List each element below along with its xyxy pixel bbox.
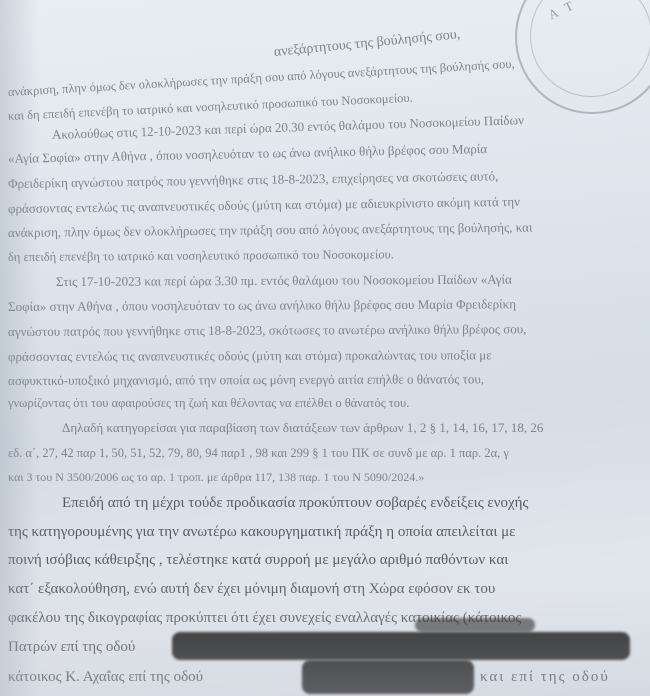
redaction-mark bbox=[415, 618, 535, 632]
text-line: ανάκριση, πλην όμως δεν ολοκλήρωσες την … bbox=[8, 221, 533, 239]
text-line: και 3 του Ν 3500/2006 ως το αρ. 1 τροπ. … bbox=[8, 471, 424, 483]
text-line: ασφυκτικό-υποξικό μηχανισμό, από την οπο… bbox=[8, 372, 484, 387]
text-line: ανεξάρτητους της βούλησής σου, bbox=[273, 28, 461, 60]
text-line: αγνώστου πατρός που γεννήθηκε στις 18-8-… bbox=[8, 322, 527, 338]
text-line: φράσσοντας εντελώς τις αναπνευστικές οδο… bbox=[8, 348, 492, 363]
text-line: «Αγία Σοφία» στην Αθήνα , όπου νοσηλευότ… bbox=[8, 142, 487, 165]
text-line: της κατηγορουμένης για την ανωτέρω κακου… bbox=[8, 525, 515, 540]
text-line: Φρειδερίκη αγνώστου πατρός που γεννήθηκε… bbox=[8, 169, 498, 190]
text-line: ποινή ισόβιας κάθειρξης , τελέστηκε κατά… bbox=[8, 553, 508, 568]
text-line: και επί της οδού bbox=[480, 670, 610, 685]
redaction-mark bbox=[172, 632, 630, 660]
text-line: ανάκριση, πλην όμως δεν ολοκλήρωσες την … bbox=[8, 58, 515, 99]
paragraph-start: Επειδή από τη μέχρι τούδε προδικασία προ… bbox=[62, 496, 528, 511]
text-line: φράσσοντας εντελώς τις αναπνευστικές οδο… bbox=[8, 195, 520, 215]
text-line: Σοφία» στην Αθήνα , όπου νοσηλευόταν το … bbox=[8, 297, 516, 313]
text-line: Πατρών επί της οδού bbox=[8, 640, 135, 655]
paragraph-start: Δηλαδή κατηγορείσαι για παραβίαση των δι… bbox=[62, 421, 543, 434]
text-line: γνωρίζοντας ότι του αφαιρούσες τη ζωή κα… bbox=[8, 397, 409, 410]
redaction-mark bbox=[302, 660, 474, 694]
text-line: εδ. α΄, 27, 42 παρ 1, 50, 51, 52, 79, 80… bbox=[8, 447, 509, 460]
document-photo: Α Τ ανεξάρτητους της βούλησής σου, ανάκρ… bbox=[0, 0, 650, 696]
text-line: δη επειδή επενέβη το ιατρικό και νοσηλευ… bbox=[8, 248, 394, 263]
text-line: κατ΄ εξακολούθηση, ενώ αυτή δεν έχει μόν… bbox=[8, 582, 495, 597]
paragraph-start: Στις 17-10-2023 και περί ώρα 3.30 πμ. εν… bbox=[56, 273, 512, 288]
text-line: κάτοικος Κ. Αχαΐας επί της οδού bbox=[8, 670, 203, 685]
